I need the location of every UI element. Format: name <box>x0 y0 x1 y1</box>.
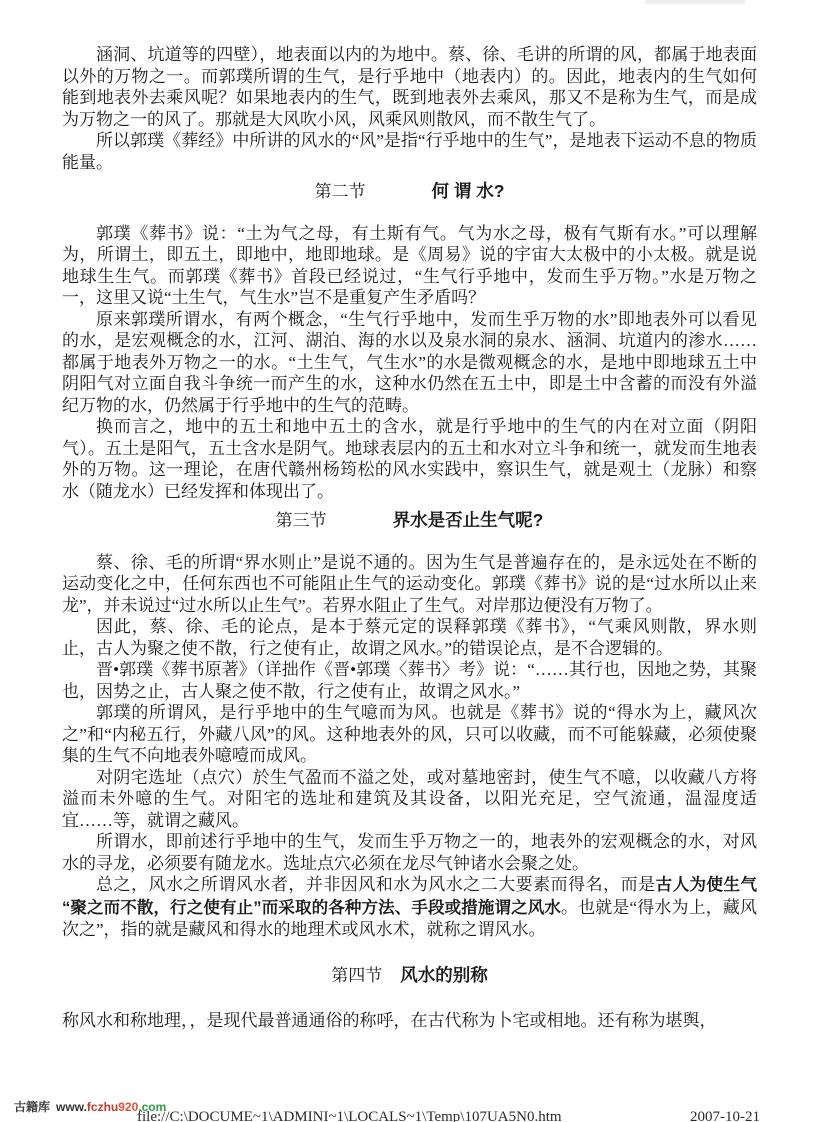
paragraph: 因此，蔡、徐、毛的论点，是本于蔡元定的误释郭璞《葬书》，“气乘风则散，界水则止，… <box>62 616 757 659</box>
section-title: 何 谓 水? <box>432 181 505 203</box>
paragraph: 涵洞、坑道等的四壁），地表面以内的为地中。蔡、徐、毛讲的所谓的风，都属于地表面以… <box>62 44 757 130</box>
scan-edge-artifact <box>645 0 745 4</box>
section-heading-4: 第四节 风水的别称 <box>62 965 757 987</box>
section-heading-2: 第二节 何 谓 水? <box>62 181 757 203</box>
section-title: 风水的别称 <box>400 965 488 987</box>
section-number: 第二节 <box>315 181 366 203</box>
paragraph: 郭璞的所谓风，是行乎地中的生气噫而为风。也就是《葬书》说的“得水为上，藏风次之”… <box>62 702 757 767</box>
scanned-document-page: 涵洞、坑道等的四壁），地表面以内的为地中。蔡、徐、毛讲的所谓的风，都属于地表面以… <box>0 0 815 1122</box>
paragraph: 对阴宅选址（点穴）於生气盈而不溢之处，或对墓地密封，使生气不噫，以收藏八方将溢而… <box>62 767 757 832</box>
section-number: 第三节 <box>276 510 327 532</box>
paragraph: 换而言之，地中的五土和地中五土的含水，就是行乎地中的生气的内在对立面（阴阳气）。… <box>62 416 757 502</box>
paragraph-with-emphasis: 总之，风水之所谓风水者，并非因风和水为风水之二大要素而得名，而是古人为使生气“聚… <box>62 874 757 941</box>
print-footer-date: 2007-10-21 <box>690 1109 760 1122</box>
section-title: 界水是否止生气呢? <box>393 510 544 532</box>
paragraph: 郭璞《葬书》说：“土为气之母，有土斯有气。气为水之母，极有气斯有水。”可以理解为… <box>62 223 757 309</box>
print-footer: file://C:\DOCUME~1\ADMINI~1\LOCALS~1\Tem… <box>0 1109 815 1122</box>
paragraph: 所谓水，即前述行乎地中的生气，发而生乎万物之一的，地表外的宏观概念的水，对风水的… <box>62 831 757 874</box>
paragraph: 原来郭璞所谓水，有两个概念，“生气行乎地中，发而生乎万物的水”即地表外可以看见的… <box>62 309 757 417</box>
paragraph: 晋•郭璞《葬书原著》（详拙作《晋•郭璞〈葬书〉考》说：“……其行也，因地之势，其… <box>62 659 757 702</box>
section-number: 第四节 <box>331 965 382 987</box>
document-body: 涵洞、坑道等的四壁），地表面以内的为地中。蔡、徐、毛讲的所谓的风，都属于地表面以… <box>62 44 757 1032</box>
section-heading-3: 第三节 界水是否止生气呢? <box>62 510 757 532</box>
paragraph: 蔡、徐、毛的所谓“界水则止”是说不通的。因为生气是普遍存在的，是永远处在不断的运… <box>62 552 757 617</box>
print-footer-file-path: file://C:\DOCUME~1\ADMINI~1\LOCALS~1\Tem… <box>137 1109 562 1122</box>
paragraph-text: 总之，风水之所谓风水者，并非因风和水为风水之二大要素而得名，而是 <box>96 875 656 894</box>
paragraph: 所以郭璞《葬经》中所讲的风水的“风”是指“行乎地中的生气”，是地表下运动不息的物… <box>62 130 757 173</box>
paragraph: 称风水和称地理，，是现代最普通通俗的称呼，在古代称为卜宅或相地。还有称为堪舆， <box>62 1010 757 1032</box>
